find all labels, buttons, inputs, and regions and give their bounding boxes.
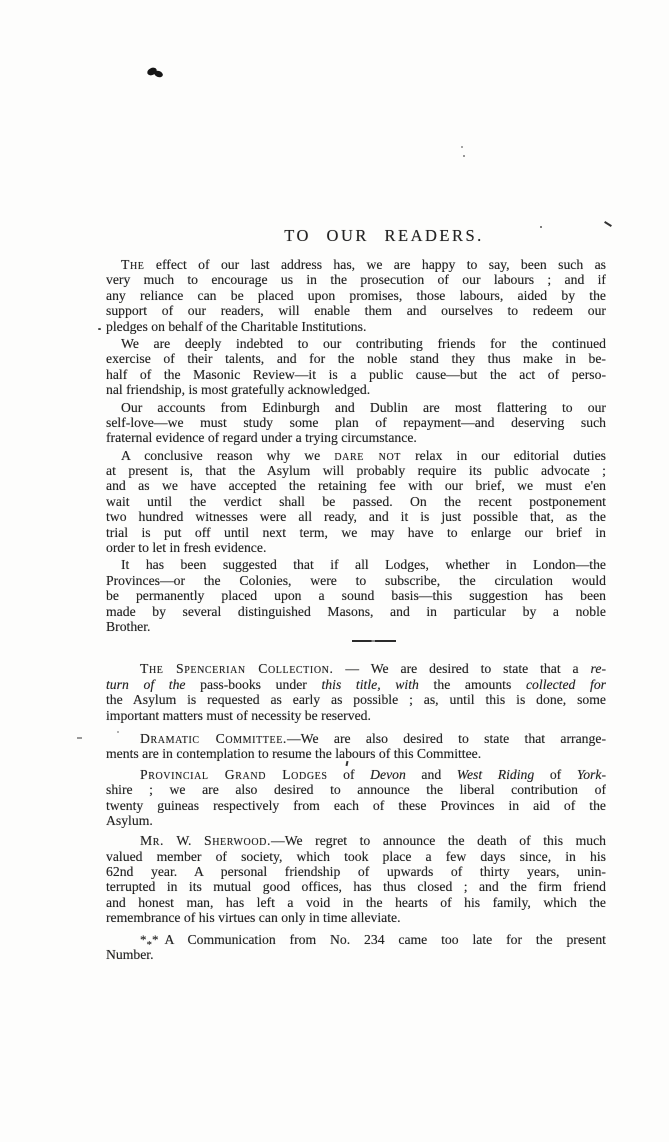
text-line: A conclusive reason why we dare not rela… — [106, 448, 606, 463]
text-line: very much to encourage us in the prosecu… — [106, 272, 606, 287]
text-line: remembrance of his virtues can only in t… — [106, 910, 606, 925]
paragraph: Mr. W. Sherwood.—We regret to announce t… — [106, 833, 606, 925]
section-divider — [352, 640, 396, 642]
text-line: Brother. — [106, 619, 606, 634]
text-line: 62nd year. A personal friendship of upwa… — [106, 864, 606, 879]
text-line: Dramatic Committee.—We are also desired … — [106, 731, 606, 746]
text-line: It has been suggested that if all Lodges… — [106, 557, 606, 572]
paragraph: The effect of our last address has, we a… — [106, 257, 606, 334]
paragraph: Our accounts from Edinburgh and Dublin a… — [106, 400, 606, 446]
text-line: turn of the pass-books under this title,… — [106, 677, 606, 692]
text-line: be permanently placed upon a sound basis… — [106, 588, 606, 603]
text-line: The effect of our last address has, we a… — [106, 257, 606, 272]
text-line: ments are in contemplation to resume the… — [106, 746, 606, 761]
text-line: wait until the verdict shall be passed. … — [106, 494, 606, 509]
page-container: TO OUR READERS. The effect of our last a… — [0, 0, 669, 1142]
text-line: and as we have accepted the retaining fe… — [106, 478, 606, 493]
paragraph: ***A Communication from No. 234 came too… — [106, 932, 606, 963]
speck-dot — [463, 155, 465, 157]
text-line: Provincial Grand Lodges of Devon and Wes… — [106, 767, 606, 782]
ink-blot — [153, 70, 164, 79]
paragraph: We are deeply indebted to our contributi… — [106, 336, 606, 398]
text-line: at present is, that the Asylum will prob… — [106, 463, 606, 478]
text-line: shire ; we are also desired to announce … — [106, 782, 606, 797]
text-line: made by several distinguished Masons, an… — [106, 604, 606, 619]
text-line: Our accounts from Edinburgh and Dublin a… — [106, 400, 606, 415]
text-line: Number. — [106, 947, 606, 962]
text-line: Mr. W. Sherwood.—We regret to announce t… — [106, 833, 606, 848]
text-line: ***A Communication from No. 234 came too… — [106, 932, 606, 947]
text-line: pledges on behalf of the Charitable Inst… — [106, 319, 606, 334]
text-line: terrupted in its mutual good offices, ha… — [106, 879, 606, 894]
text-line: nal friendship, is most gratefully ackno… — [106, 382, 606, 397]
text-line: any reliance can be placed upon promises… — [106, 288, 606, 303]
text-line: valued member of society, which took pla… — [106, 849, 606, 864]
text-line: important matters must of necessity be r… — [106, 708, 606, 723]
paragraph: A conclusive reason why we dare not rela… — [106, 448, 606, 556]
speck-dot — [98, 328, 101, 330]
text-line: trial is put off until next term, we may… — [106, 525, 606, 540]
text-line: order to let in fresh evidence. — [106, 540, 606, 555]
text-line: We are deeply indebted to our contributi… — [106, 336, 606, 351]
paragraph: The Spencerian Collection. — We are desi… — [106, 661, 606, 723]
text-line: support of our readers, will enable them… — [106, 303, 606, 318]
text-line: and honest man, has left a void in the h… — [106, 895, 606, 910]
text-blocks: The effect of our last address has, we a… — [106, 257, 606, 962]
asterism-mark: *** — [140, 932, 160, 947]
text-line: two hundred witnesses were all ready, an… — [106, 509, 606, 524]
text-line: the Asylum is requested as early as poss… — [106, 692, 606, 707]
paragraph: Dramatic Committee.—We are also desired … — [106, 731, 606, 762]
speck-dot — [461, 146, 463, 148]
page-title: TO OUR READERS. — [134, 228, 634, 244]
text-line: twenty guineas respectively from each of… — [106, 798, 606, 813]
text-line: self-love—we must study some plan of rep… — [106, 415, 606, 430]
paragraph: Provincial Grand Lodges of Devon and Wes… — [106, 767, 606, 829]
text-line: half of the Masonic Review—it is a publi… — [106, 367, 606, 382]
text-line: exercise of their talents, and for the n… — [106, 351, 606, 366]
paragraph: It has been suggested that if all Lodges… — [106, 557, 606, 634]
accent-stroke — [604, 221, 612, 227]
text-line: Provinces—or the Colonies, were to subsc… — [106, 573, 606, 588]
text-column: TO OUR READERS. The effect of our last a… — [106, 228, 606, 962]
speck-dash — [77, 737, 82, 739]
text-line: fraternal evidence of regard under a try… — [106, 430, 606, 445]
text-line: Asylum. — [106, 813, 606, 828]
text-line: The Spencerian Collection. — We are desi… — [106, 661, 606, 676]
